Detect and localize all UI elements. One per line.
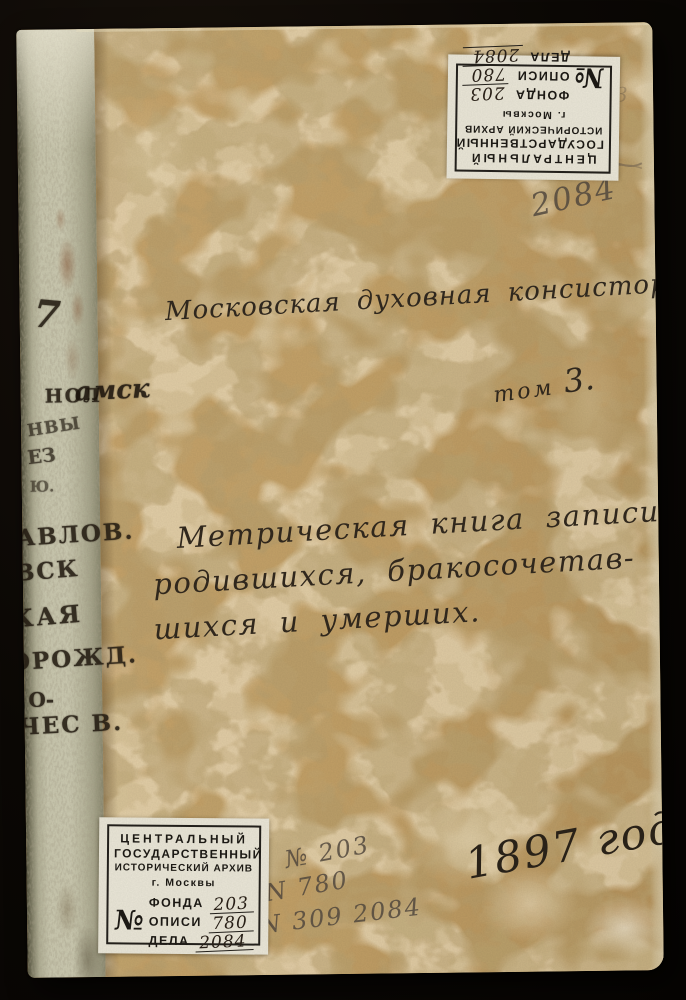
opis-row: ОПИСИ 780 xyxy=(463,66,570,84)
book-title: Метрическая книга записи родившихся, бра… xyxy=(147,489,663,652)
opis-row: ОПИСИ 780 xyxy=(149,914,254,932)
archive-name-line: ЦЕНТРАЛЬНЫЙ xyxy=(114,831,254,846)
opis-label: ОПИСИ xyxy=(149,914,202,931)
delo-value: 2084 xyxy=(463,45,523,63)
archive-name-line: ГОСУДАРСТВЕННЫЙ xyxy=(114,846,254,861)
archive-name-line: ЦЕНТРАЛЬНЫЙ xyxy=(462,151,604,167)
archive-stamp-label-bottom: ЦЕНТРАЛЬНЫЙ ГОСУДАРСТВЕННЫЙ ИСТОРИЧЕСКИЙ… xyxy=(98,817,269,954)
spine-fragment: ЕЗ xyxy=(26,444,57,469)
fond-value: 203 xyxy=(462,83,508,101)
photo-stage: 7 НОЛ амск НВЫ ЕЗ Ю. АВЛОВ. ВСК КАЯ ОРОЖ… xyxy=(0,0,686,1000)
spine-fragment: 7 xyxy=(32,290,62,337)
delo-row: ДЕЛА 2084 xyxy=(149,933,254,951)
number-sign: № xyxy=(573,61,606,92)
fond-label: ФОНДА xyxy=(514,85,569,103)
volume-word: том xyxy=(492,375,556,408)
delo-label: ДЕЛА xyxy=(529,48,570,66)
delo-label: ДЕЛА xyxy=(149,933,190,950)
opis-value: 780 xyxy=(463,64,511,82)
archive-reference-rows: № ФОНДА 203 ОПИСИ 780 ДЕЛА 2084 xyxy=(113,892,253,950)
spine-fragment: ЧЕС В. xyxy=(18,709,123,741)
fond-row: ФОНДА 203 xyxy=(463,85,570,103)
archive-stamp-label-top: ЦЕНТРАЛЬНЫЙ ГОСУДАРСТВЕННЫЙ ИСТОРИЧЕСКИЙ… xyxy=(446,54,620,180)
reference-list: ФОНДА 203 ОПИСИ 780 ДЕЛА 2084 xyxy=(463,47,570,105)
reference-list: ФОНДА 203 ОПИСИ 780 ДЕЛА 2084 xyxy=(149,893,254,951)
fond-label: ФОНДА xyxy=(149,895,204,912)
spine-handwritten-fragment: амск xyxy=(74,374,150,407)
archive-name: ЦЕНТРАЛЬНЫЙ ГОСУДАРСТВЕННЫЙ ИСТОРИЧЕСКИЙ… xyxy=(114,831,254,889)
archive-label-border: ЦЕНТРАЛЬНЫЙ ГОСУДАРСТВЕННЫЙ ИСТОРИЧЕСКИЙ… xyxy=(106,824,261,945)
spine-foxing-spots xyxy=(16,29,106,978)
archive-name-line: ИСТОРИЧЕСКИЙ АРХИВ xyxy=(462,123,604,136)
opis-label: ОПИСИ xyxy=(516,66,569,84)
archive-reference-rows: № ФОНДА 203 ОПИСИ 780 ДЕЛА 2084 xyxy=(463,47,606,106)
fond-value: 203 xyxy=(209,896,253,914)
delo-row: ДЕЛА 2084 xyxy=(463,47,570,65)
archive-name-line: ГОСУДАРСТВЕННЫЙ xyxy=(462,136,604,152)
spine-fragment: ВСК xyxy=(16,555,80,587)
archive-city-line: г. Москвы xyxy=(462,108,604,122)
delo-value: 2084 xyxy=(195,934,253,952)
book-cover: 7 НОЛ амск НВЫ ЕЗ Ю. АВЛОВ. ВСК КАЯ ОРОЖ… xyxy=(16,22,664,978)
fond-row: ФОНДА 203 xyxy=(149,895,254,913)
spine-fragment: КАЯ xyxy=(16,599,84,634)
volume-number: 3. xyxy=(561,359,596,401)
archive-label-border: ЦЕНТРАЛЬНЫЙ ГОСУДАРСТВЕННЫЙ ИСТОРИЧЕСКИЙ… xyxy=(455,64,612,174)
archive-city-line: г. Москвы xyxy=(114,876,254,889)
opis-value: 780 xyxy=(208,915,254,933)
archive-name-line: ИСТОРИЧЕСКИЙ АРХИВ xyxy=(114,862,254,874)
archive-name: ЦЕНТРАЛЬНЫЙ ГОСУДАРСТВЕННЫЙ ИСТОРИЧЕСКИЙ… xyxy=(462,108,605,167)
spine-fragment: О- xyxy=(28,688,54,712)
book-spine xyxy=(16,29,106,978)
number-sign: № xyxy=(113,905,146,936)
spine-fragment: Ю. xyxy=(30,477,55,495)
